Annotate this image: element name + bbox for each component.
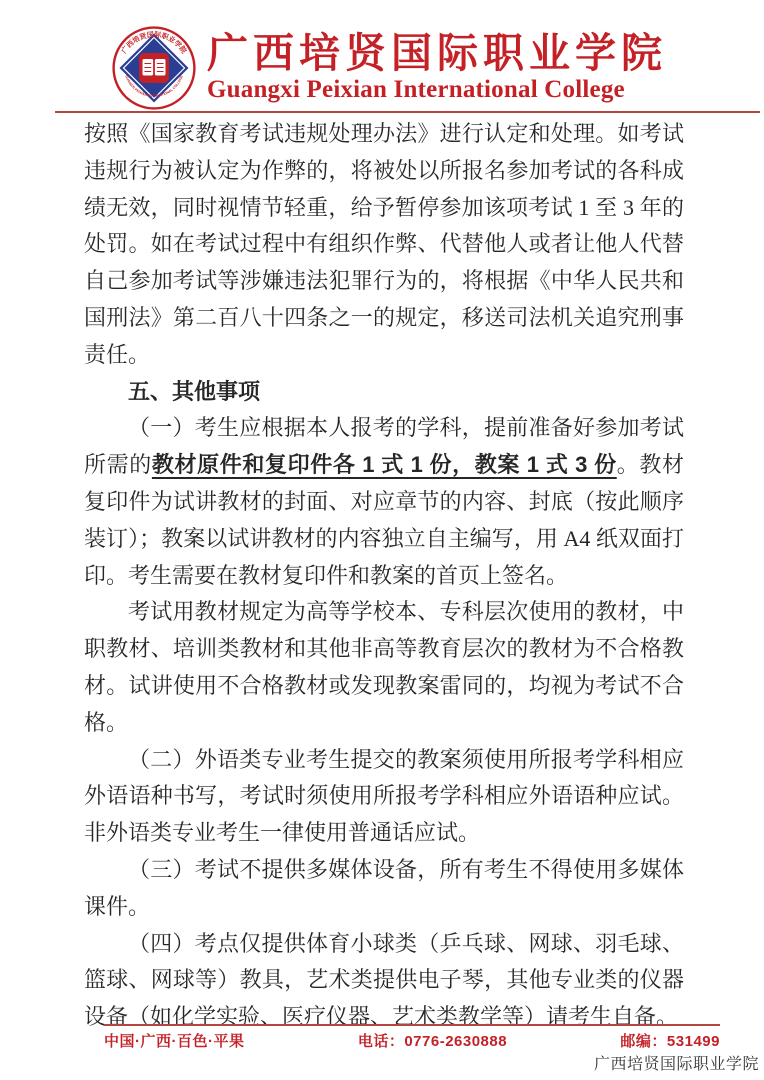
paragraph: （三）考试不提供多媒体设备，所有考生不得使用多媒体课件。	[84, 852, 684, 926]
college-name-en: Guangxi Peixian International College	[207, 77, 667, 103]
paragraph-text: 按照《国家教育考试违规处理办法》进行认定和处理。如考试违规行为被认定为作弊的，将…	[84, 121, 684, 367]
paragraph: （二）外语类专业考生提交的教案须使用所报考学科相应外语语种书写，考试时须使用所报…	[84, 742, 684, 852]
footer-phone-label: 电话：	[358, 1033, 405, 1050]
footer-postal-value: 531499	[667, 1033, 720, 1050]
paragraph: 考试用教材规定为高等学校本、专科层次使用的教材，中职教材、培训类教材和其他非高等…	[84, 594, 684, 741]
bottom-college-name: 广西培贤国际职业学院	[594, 1051, 759, 1074]
paragraph-text: （二）外语类专业考生提交的教案须使用所报考学科相应外语语种书写，考试时须使用所报…	[84, 747, 684, 846]
header-divider	[55, 111, 760, 113]
college-name-zh: 广西培贤国际职业学院	[207, 32, 667, 75]
footer-postal: 邮编：531499	[620, 1030, 720, 1051]
document-page: 广西培贤国际职业学院 GUANGXI PEIXIAN INTERNATIONAL…	[0, 0, 764, 1080]
document-body: 按照《国家教育考试违规处理办法》进行认定和处理。如考试违规行为被认定为作弊的，将…	[84, 116, 684, 1036]
college-title-block: 广西培贤国际职业学院 Guangxi Peixian International…	[207, 32, 667, 103]
paragraph: （一）考生应根据本人报考的学科，提前准备好参加考试所需的教材原件和复印件各 1 …	[84, 410, 684, 594]
letterhead: 广西培贤国际职业学院 GUANGXI PEIXIAN INTERNATIONAL…	[110, 26, 667, 110]
footer-divider	[104, 1024, 720, 1026]
paragraph-text: 考试用教材规定为高等学校本、专科层次使用的教材，中职教材、培训类教材和其他非高等…	[84, 599, 684, 734]
footer-location: 中国·广西·百色·平果	[104, 1030, 245, 1051]
emphasized-text: 教材原件和复印件各 1 式 1 份，教案 1 式 3 份	[152, 452, 617, 477]
paragraph-text: （四）考点仅提供体育小球类（乒乓球、网球、羽毛球、篮球、网球等）教具，艺术类提供…	[84, 931, 684, 1030]
section-heading: 五、其他事项	[84, 374, 684, 411]
college-logo-icon: 广西培贤国际职业学院 GUANGXI PEIXIAN INTERNATIONAL…	[110, 26, 198, 110]
paragraph: 按照《国家教育考试违规处理办法》进行认定和处理。如考试违规行为被认定为作弊的，将…	[84, 116, 684, 374]
footer-phone: 电话：0776-2630888	[358, 1030, 507, 1051]
footer-postal-label: 邮编：	[620, 1033, 667, 1050]
page-footer: 中国·广西·百色·平果 电话：0776-2630888 邮编：531499	[104, 1030, 720, 1051]
footer-phone-value: 0776-2630888	[404, 1033, 507, 1050]
paragraph-text: （三）考试不提供多媒体设备，所有考生不得使用多媒体课件。	[84, 857, 684, 919]
paragraph-text: 五、其他事项	[128, 379, 260, 404]
paragraph: （四）考点仅提供体育小球类（乒乓球、网球、羽毛球、篮球、网球等）教具，艺术类提供…	[84, 926, 684, 1036]
